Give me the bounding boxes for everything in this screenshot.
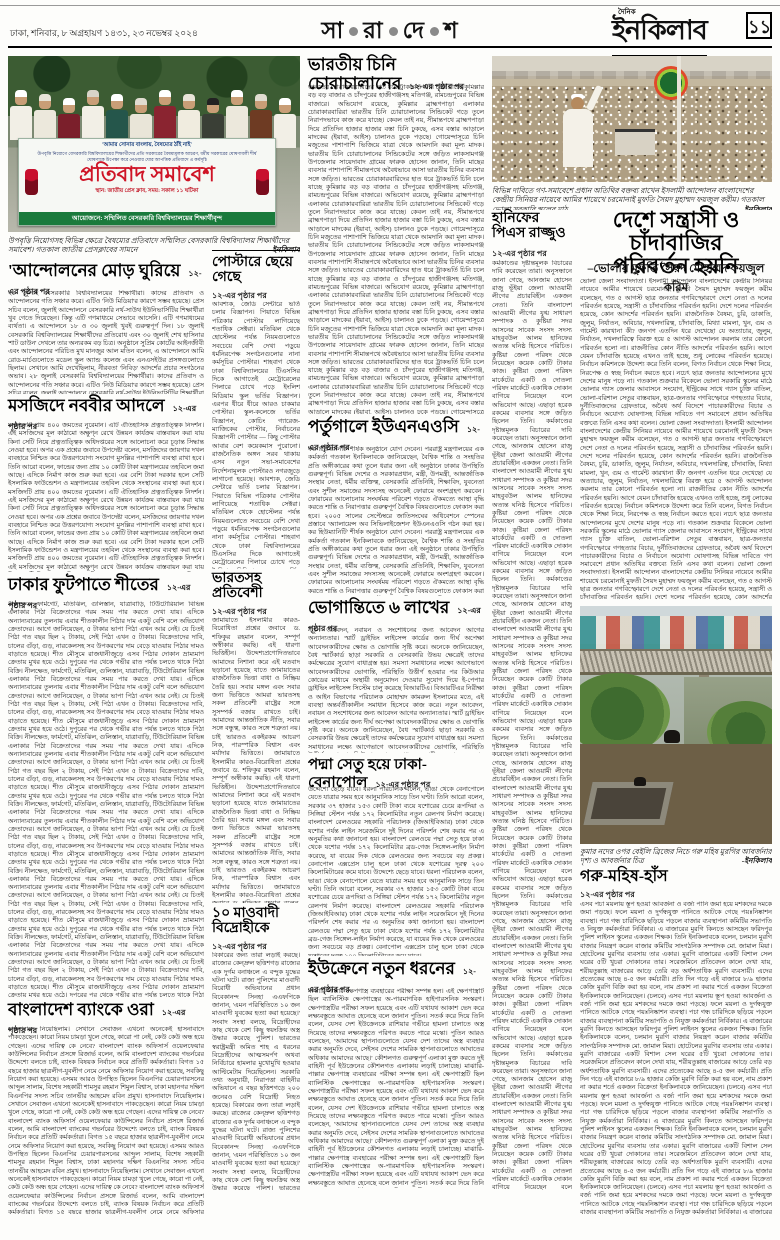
- protest-photo: 'আমার সোনার বাংলায়, বৈষম্যের ঠাঁই নাই' …: [8, 56, 300, 232]
- protester-figure: [10, 90, 32, 140]
- bailey-bridge: [580, 649, 772, 675]
- separator-dot-icon: [389, 27, 398, 36]
- separator-dot-icon: [349, 27, 358, 36]
- header-rule: [8, 46, 772, 48]
- headline-text: পর্তুগালে ইউএনএওসি: [308, 417, 459, 436]
- animal-silhouette: [634, 777, 646, 786]
- headline-text: মসজিদে নববীর আদলে: [8, 396, 165, 415]
- article-goru-headline: গরু-মহিষ-হাঁস: [580, 869, 772, 886]
- article-poster-headline: পোস্টারে ছেয়ে গেছে: [212, 256, 300, 285]
- article-bharatsaha-headline: ভারতসহ প্রতিবেশী: [212, 572, 300, 601]
- article-ukraine-body: মাঝারি-পাল্লার ক্ষেপণাস্ত্র ব্যবহারের পর…: [308, 988, 484, 1188]
- page-number: ১১: [746, 12, 772, 39]
- speaker-robe: [563, 109, 593, 167]
- protester-figure: [34, 94, 56, 144]
- section-word: রা: [363, 18, 383, 43]
- headline-text: বাংলাদেশ ব্যাংকে ওরা: [8, 1000, 154, 1019]
- article-goru-body: এসব পচা ময়লায় স্তূপ হওয়া আবর্জনা ও বর…: [580, 901, 772, 1215]
- river-photo-caption: কুমার নদের ওপর বেইলি ব্রিজের নিচে গরু মহ…: [580, 847, 772, 867]
- article-hanif-headline: হানিফের পিএস রাজ্জুও: [492, 212, 572, 241]
- separator-dot-icon: [430, 27, 439, 36]
- banner-organizer: আয়োজনে: সম্মিলিত বেসরকারি বিশ্ববিদ্যালয…: [19, 212, 275, 225]
- banner-title: প্রতিবাদ সমাবেশ: [19, 164, 275, 185]
- shanty-buildings: [580, 616, 772, 649]
- article-santrashi-body: ভোলা জেলা সংবাদদাতা। ইসলামী আন্দোলন বাংল…: [580, 278, 772, 602]
- animal-silhouette: [664, 730, 680, 743]
- article-bharatsaha-body: জামায়াতে ইসলামীর কারও-বিরোধিতা প্রশ্নের…: [212, 617, 300, 903]
- article-bank-body: হাসনাবাদে নিয়েছিলাম। সেখানে সেবাজন এখনো…: [8, 1026, 204, 1214]
- podium: [615, 129, 655, 155]
- article-andolon-body: ২৮ জুলাই বেসরকারি বিশ্ববিদ্যালয়ের শিক্ষ…: [8, 290, 204, 394]
- photo-credit: -ইনকিলাব: [742, 856, 772, 865]
- top-rule: [0, 5, 780, 6]
- section-word: শ: [444, 18, 459, 43]
- article-hanif-body: কর্মকাণ্ডের দৃষ্টান্তমূলক বিচারের দাবি ক…: [492, 260, 572, 1190]
- concrete-trough: [583, 782, 673, 825]
- protester-figure: [250, 94, 272, 144]
- speaker-figure: [559, 91, 605, 169]
- rally-photo: [492, 56, 772, 182]
- skyline: [492, 71, 772, 79]
- headline-line1: দেশে সন্ত্রাসী ও চাঁদাবাজির: [580, 208, 772, 254]
- newspaper-page: ঢাকা, শনিবার, ৮ অগ্রহায়ণ ১৪৩১, ২৩ নভেম্…: [0, 0, 780, 1240]
- caption-text: উপবৃত্তি নিয়োগসহ বিভিন্ন ক্ষেত্রে বৈষম্…: [8, 236, 289, 254]
- article-poster-body: আবশ্যক, জেডি সেন্টারে ভর্তি চলার বিজ্ঞাপ…: [212, 301, 300, 569]
- banner-place: স্থান: জাতীয় প্রেস ক্লাব, সময়: সকাল ১১…: [19, 187, 275, 196]
- article-portugal-body: কর হিউম্যানিটি' শীর্ষক অনুষ্ঠানে যোগ দেব…: [308, 446, 484, 596]
- masthead: দৈনিক ইনকিলাব ১১: [612, 8, 772, 44]
- river-photo: [580, 606, 772, 844]
- banner-slogan: 'আমার সোনার বাংলায়, বৈষম্যের ঠাঁই নাই': [19, 142, 275, 150]
- protester-figure: [178, 94, 200, 144]
- protester-figure: [226, 90, 248, 140]
- headline-text: ঢাকার ফুটপাতে শীতের: [8, 575, 159, 594]
- article-maobadi-headline: ১০ মাওবাদী বিদ্রোহীকে: [212, 907, 300, 936]
- vegetation: [580, 673, 670, 754]
- dateline: ঢাকা, শনিবার, ৮ অগ্রহায়ণ ১৪৩১, ২৩ নভেম্…: [10, 26, 250, 41]
- fist-icon: [256, 169, 269, 195]
- newspaper-logo: ইনকিলাব: [612, 10, 707, 58]
- protester-figure: [274, 98, 296, 148]
- section-word: দে: [403, 18, 425, 43]
- article-footpath-body: নীলক্ষেত, ফার্মগেট, মতিঝিল, গুলিস্তান, য…: [8, 601, 204, 997]
- protester-figure: [106, 94, 128, 144]
- fist-icon: [25, 169, 38, 195]
- column-rule: [212, 250, 300, 251]
- article-maobadi-body: বিকারের জন্য তারা লড়াই করছে। রাজ্যের কে…: [212, 952, 300, 1190]
- article-bhoganti-body: নতুন আবেদন, নবায়ন ও সংশোধনের জন্য আবেদন…: [308, 627, 484, 753]
- headline-text: ভোগান্তিতে ৬ লাখের: [308, 598, 449, 617]
- section-word: সা: [321, 18, 344, 43]
- flag-pole: [677, 56, 681, 182]
- article-chini-body: ভারতের চোরাকারবারিদের হাত ধরে ট্রাকভর্তি…: [308, 84, 484, 414]
- article-masjid-body: মসজিদটি প্রায় ৪০০ জমতের নুরেমান। এটি ঐত…: [8, 422, 204, 572]
- headline-text: 'আন্দোলনের মোড় ঘুরিয়ে: [8, 261, 180, 280]
- protest-banner: 'আমার সোনার বাংলায়, বৈষম্যের ঠাঁই নাই' …: [18, 138, 276, 226]
- protester-figure: [154, 90, 176, 140]
- protester-figure: [82, 90, 104, 140]
- headline-text: ইউক্রেনে নতুন ধরনের: [308, 959, 455, 978]
- article-padma-body: উদ্দেশ্যে ছেড়ে যাবে। ধরলা পরিচালক বলেন,…: [308, 786, 484, 956]
